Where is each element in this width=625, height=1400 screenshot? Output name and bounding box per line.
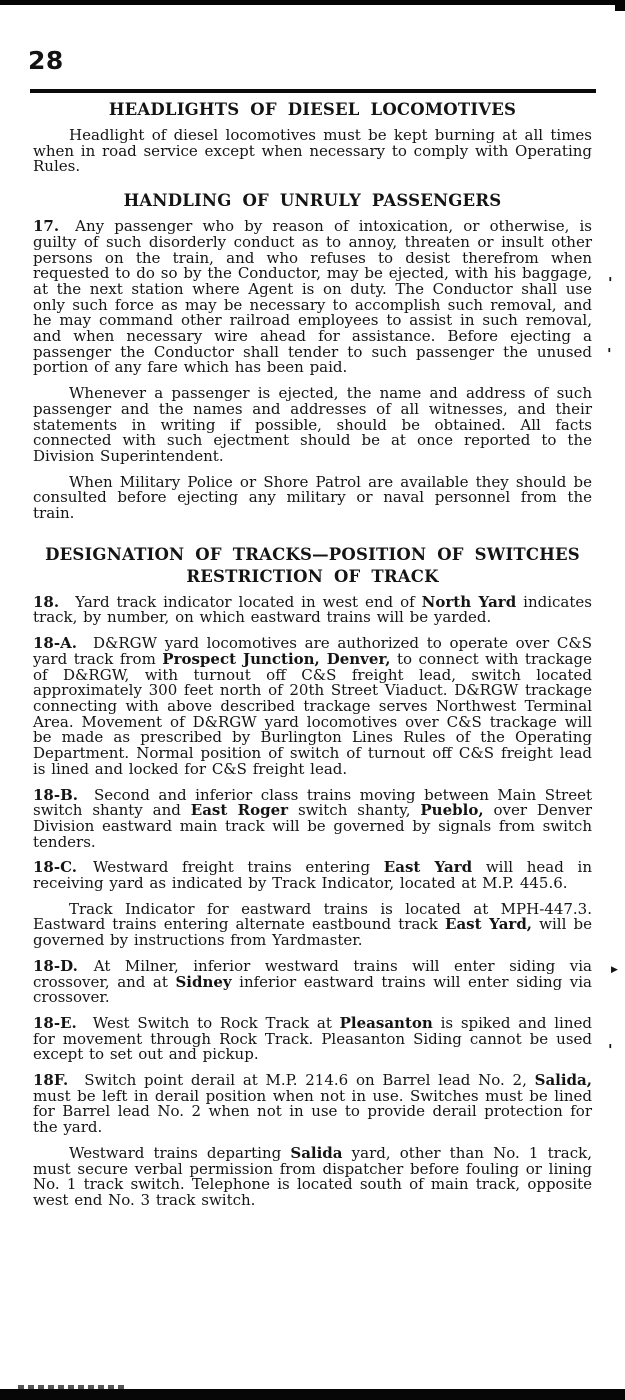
body-text: to connect with trackage of D&RGW, with … (33, 650, 592, 778)
rule-paragraph: 17.Any passenger who by reason of intoxi… (33, 219, 592, 376)
bottom-scan-edge (0, 1389, 625, 1400)
page-number: 28 (28, 48, 64, 73)
section-heading-line: HANDLING OF UNRULY PASSENGERS (33, 190, 592, 212)
section-heading-line: RESTRICTION OF TRACK (33, 566, 592, 588)
rule-paragraph: 18-A.D&RGW yard locomotives are authoriz… (33, 636, 592, 777)
margin-revision-mark: ' (607, 347, 612, 362)
rule-paragraph: 18.Yard track indicator located in west … (33, 595, 592, 626)
rule-paragraph: 18-D.At Milner, inferior westward trains… (33, 959, 592, 1006)
paragraph: Track Indicator for eastward trains is l… (33, 902, 592, 949)
scanned-document-page: 28 HEADLIGHTS OF DIESEL LOCOMOTIVESHeadl… (0, 0, 625, 1400)
body-text: When Military Police or Shore Patrol are… (33, 473, 592, 522)
paragraph: Westward trains departing Salida yard, o… (33, 1146, 592, 1209)
section-heading-line: HEADLIGHTS OF DIESEL LOCOMOTIVES (33, 99, 592, 121)
emphasized-text: East Yard, (445, 915, 532, 933)
paragraph: When Military Police or Shore Patrol are… (33, 475, 592, 522)
body-text: must be left in derail position when not… (33, 1087, 592, 1136)
rule-paragraph: 18-E.West Switch to Rock Track at Pleasa… (33, 1016, 592, 1063)
header-rule (30, 89, 596, 93)
rule-paragraph: 18-C.Westward freight trains entering Ea… (33, 860, 592, 891)
paragraph: Whenever a passenger is ejected, the nam… (33, 386, 592, 465)
section-heading: HEADLIGHTS OF DIESEL LOCOMOTIVES (33, 99, 592, 121)
rule-paragraph: 18-B.Second and inferior class trains mo… (33, 788, 592, 851)
rule-paragraph: 18F.Switch point derail at M.P. 214.6 on… (33, 1073, 592, 1136)
section-heading-line: DESIGNATION OF TRACKS—POSITION OF SWITCH… (33, 544, 592, 566)
paragraph: Headlight of diesel locomotives must be … (33, 128, 592, 175)
body-text: Whenever a passenger is ejected, the nam… (33, 384, 592, 465)
section-heading: DESIGNATION OF TRACKS—POSITION OF SWITCH… (33, 544, 592, 588)
emphasized-text: Sidney (175, 973, 231, 991)
top-scan-edge (0, 0, 625, 5)
page-content: HEADLIGHTS OF DIESEL LOCOMOTIVESHeadligh… (33, 99, 592, 1219)
margin-revision-mark: ' (608, 1043, 613, 1058)
section-heading: HANDLING OF UNRULY PASSENGERS (33, 190, 592, 212)
top-scan-edge-corner (615, 5, 625, 11)
body-text: Any passenger who by reason of intoxicat… (33, 217, 592, 376)
margin-revision-mark: ▶ (611, 966, 618, 975)
body-text: Headlight of diesel locomotives must be … (33, 126, 592, 175)
margin-revision-mark: ' (608, 276, 613, 291)
